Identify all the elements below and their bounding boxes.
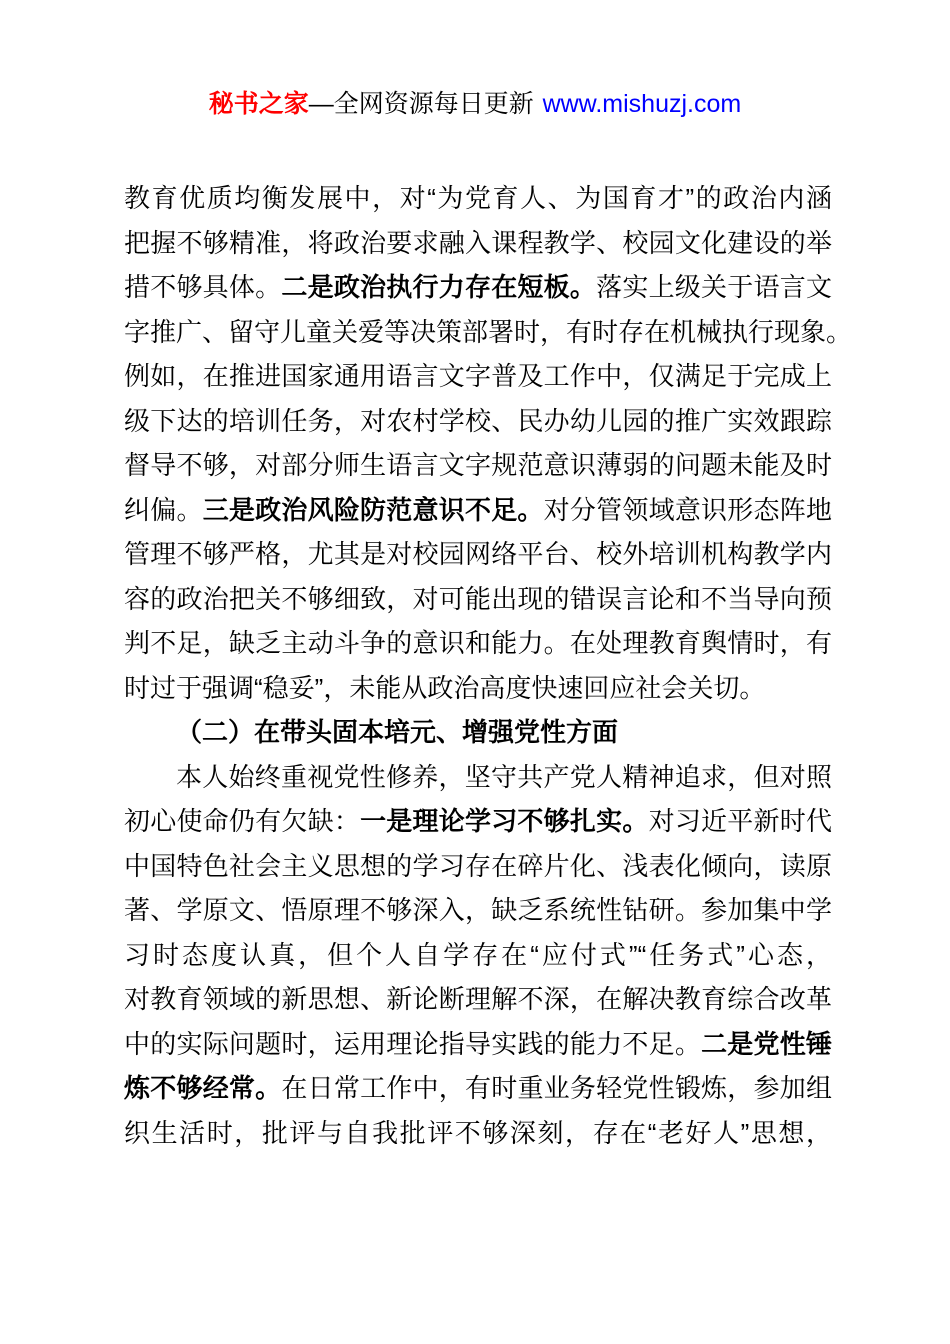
text-line: 中的实际问题时，运用理论指导实践的能力不足。二是党性锤 [124, 1022, 832, 1067]
text-segment: 字推广、留守儿童关爱等决策部署时，有时存在机械执行现象。 [124, 317, 852, 347]
text-segment: 管理不够严格，尤其是对校园网络平台、校外培训机构教学内 [124, 539, 832, 569]
text-segment: 中的实际问题时，运用理论指导实践的能力不足。 [124, 1029, 701, 1059]
text-line: 初心使命仍有欠缺：一是理论学习不够扎实。对习近平新时代 [124, 799, 832, 844]
text-line: 把握不够精准，将政治要求融入课程教学、校园文化建设的举 [124, 221, 832, 266]
site-tagline: —全网资源每日更新 [309, 90, 534, 118]
bold-text-segment: 二是政治执行力存在短板。 [281, 272, 596, 302]
text-segment: 落实上级关于语言文 [596, 272, 832, 302]
text-line: 例如，在推进国家通用语言文字普及工作中，仅满足于完成上 [124, 354, 832, 399]
text-line: 习时态度认真，但个人自学存在“应付式”“任务式”心态， [124, 933, 832, 978]
text-segment: 教育优质均衡发展中，对“为党育人、为国育才”的政治内涵 [124, 183, 832, 213]
bold-text-segment: （二）在带头固本培元、增强党性方面 [176, 717, 618, 747]
text-line: 教育优质均衡发展中，对“为党育人、为国育才”的政治内涵 [124, 176, 832, 221]
document-body: 教育优质均衡发展中，对“为党育人、为国育才”的政治内涵把握不够精准，将政治要求融… [124, 176, 832, 1155]
text-segment: 例如，在推进国家通用语言文字普及工作中，仅满足于完成上 [124, 361, 832, 391]
text-segment: 在日常工作中，有时重业务轻党性锻炼，参加组 [281, 1073, 832, 1103]
text-line: 管理不够严格，尤其是对校园网络平台、校外培训机构教学内 [124, 532, 832, 577]
text-line: 炼不够经常。在日常工作中，有时重业务轻党性锻炼，参加组 [124, 1066, 832, 1111]
site-brand: 秘书之家 [209, 90, 309, 118]
text-segment: 中国特色社会主义思想的学习存在碎片化、浅表化倾向，读原 [124, 851, 832, 881]
text-segment: 把握不够精准，将政治要求融入课程教学、校园文化建设的举 [124, 228, 832, 258]
text-line: 督导不够，对部分师生语言文字规范意识薄弱的问题未能及时 [124, 443, 832, 488]
text-line: 措不够具体。二是政治执行力存在短板。落实上级关于语言文 [124, 265, 832, 310]
text-segment: 著、学原文、悟原理不够深入，缺乏系统性钻研。参加集中学 [124, 895, 832, 925]
text-segment: 初心使命仍有欠缺： [124, 806, 360, 836]
text-line: 判不足，缺乏主动斗争的意识和能力。在处理教育舆情时，有 [124, 621, 832, 666]
bold-text-segment: 一是理论学习不够扎实。 [360, 806, 649, 836]
site-url-link[interactable]: www.mishuzj.com [543, 90, 742, 118]
text-line: 本人始终重视党性修养，坚守共产党人精神追求，但对照 [124, 755, 832, 800]
bold-text-segment: 二是党性锤 [701, 1029, 832, 1059]
text-segment: 对分管领域意识形态阵地 [544, 495, 832, 525]
text-segment: 级下达的培训任务，对农村学校、民办幼儿园的推广实效跟踪 [124, 406, 832, 436]
text-line: 对教育领域的新思想、新论断理解不深，在解决教育综合改革 [124, 977, 832, 1022]
text-line: 容的政治把关不够细致，对可能出现的错误言论和不当导向预 [124, 577, 832, 622]
text-line: 时过于强调“稳妥”，未能从政治高度快速回应社会关切。 [124, 666, 832, 711]
bold-text-segment: 炼不够经常。 [124, 1073, 281, 1103]
text-line: 字推广、留守儿童关爱等决策部署时，有时存在机械执行现象。 [124, 310, 832, 355]
text-segment: 纠偏。 [124, 495, 203, 525]
text-segment: 判不足，缺乏主动斗争的意识和能力。在处理教育舆情时，有 [124, 628, 832, 658]
text-segment: 织生活时，批评与自我批评不够深刻，存在“老好人”思想， [124, 1118, 832, 1148]
text-segment: 措不够具体。 [124, 272, 281, 302]
text-line: 纠偏。三是政治风险防范意识不足。对分管领域意识形态阵地 [124, 488, 832, 533]
text-segment: 对习近平新时代 [649, 806, 832, 836]
text-line: 著、学原文、悟原理不够深入，缺乏系统性钻研。参加集中学 [124, 888, 832, 933]
text-line: 中国特色社会主义思想的学习存在碎片化、浅表化倾向，读原 [124, 844, 832, 889]
document-page: 秘书之家—全网资源每日更新www.mishuzj.com 教育优质均衡发展中，对… [0, 0, 950, 1344]
text-segment: 本人始终重视党性修养，坚守共产党人精神追求，但对照 [176, 762, 832, 792]
text-line: （二）在带头固本培元、增强党性方面 [124, 710, 832, 755]
site-header: 秘书之家—全网资源每日更新www.mishuzj.com [0, 89, 950, 119]
text-segment: 习时态度认真，但个人自学存在“应付式”“任务式”心态， [124, 940, 832, 970]
text-segment: 时过于强调“稳妥”，未能从政治高度快速回应社会关切。 [124, 673, 765, 703]
text-line: 级下达的培训任务，对农村学校、民办幼儿园的推广实效跟踪 [124, 399, 832, 444]
bold-text-segment: 三是政治风险防范意识不足。 [203, 495, 544, 525]
text-segment: 容的政治把关不够细致，对可能出现的错误言论和不当导向预 [124, 584, 832, 614]
text-segment: 对教育领域的新思想、新论断理解不深，在解决教育综合改革 [124, 984, 832, 1014]
text-line: 织生活时，批评与自我批评不够深刻，存在“老好人”思想， [124, 1111, 832, 1156]
text-segment: 督导不够，对部分师生语言文字规范意识薄弱的问题未能及时 [124, 450, 832, 480]
